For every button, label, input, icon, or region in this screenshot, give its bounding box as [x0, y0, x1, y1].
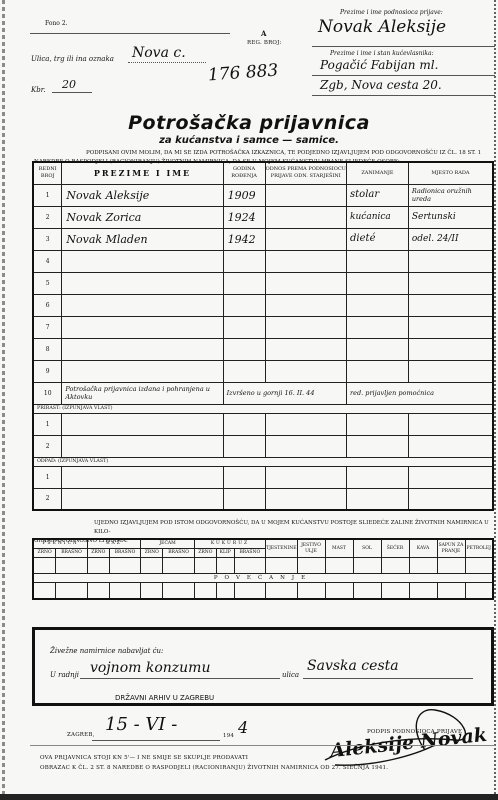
- stock-cell[interactable]: [297, 583, 325, 599]
- row-relation[interactable]: [265, 413, 347, 435]
- household-row: 7: [33, 316, 493, 338]
- stock-cell[interactable]: [141, 583, 163, 599]
- house-no-line: [52, 92, 92, 93]
- row-relation[interactable]: [265, 184, 347, 206]
- household-row: 2 Novak Zorica 1924 kućanica Sertunski: [33, 206, 493, 228]
- stock-cell[interactable]: [33, 558, 56, 574]
- row-workplace[interactable]: [408, 294, 493, 316]
- stock-cell[interactable]: [194, 583, 216, 599]
- row-relation[interactable]: [265, 360, 347, 382]
- row-name[interactable]: [62, 413, 223, 435]
- landlord-value-line2: Zgb, Nova cesta 20.: [320, 78, 442, 92]
- row-occupation[interactable]: [347, 413, 409, 435]
- year-value[interactable]: 4: [238, 718, 248, 737]
- date-value[interactable]: 15 - VI -: [105, 714, 177, 735]
- household-row: 4: [33, 250, 493, 272]
- row-occupation[interactable]: [347, 338, 409, 360]
- landlord-line-1: [312, 75, 495, 76]
- form-title: Potrošačka prijavnica: [0, 112, 498, 134]
- stock-cell[interactable]: [465, 558, 493, 574]
- row-workplace[interactable]: Radionica oružnih ureda: [408, 184, 493, 206]
- stock-cell[interactable]: [87, 558, 109, 574]
- odpad-label: Odpad: (izpunjava vlast): [33, 457, 493, 466]
- row-workplace[interactable]: [408, 466, 493, 488]
- document-page: Fono 2. A REG. BROJ: 176 883 Ulica, trg …: [0, 0, 498, 800]
- stock-increase-row: [33, 583, 493, 599]
- stock-group-kukuruz: Kukuruz: [194, 539, 265, 549]
- row-relation[interactable]: [265, 250, 347, 272]
- shop-line: [80, 678, 280, 679]
- row-workplace[interactable]: [408, 272, 493, 294]
- supply-street-label: ulica: [282, 671, 299, 679]
- row-occupation[interactable]: kućanica: [347, 206, 409, 228]
- intro-line-1: Podpisani ovim molim, da mi se izda potr…: [34, 149, 494, 158]
- stock-sub: Brašno: [56, 549, 88, 558]
- row-name[interactable]: [62, 360, 223, 382]
- row-no: 2: [33, 488, 62, 510]
- household-row: 6: [33, 294, 493, 316]
- prirast-section: Prirast: (izpunjava vlast): [33, 404, 493, 413]
- row-no: 8: [33, 338, 62, 360]
- odpad-row: 2: [33, 488, 493, 510]
- row-year[interactable]: 1909: [223, 184, 265, 206]
- stock-cell[interactable]: [56, 583, 88, 599]
- header-rule: [30, 33, 230, 34]
- stock-cell[interactable]: [437, 558, 465, 574]
- row-year[interactable]: [223, 250, 265, 272]
- col-header-year: Godina rođenja: [223, 162, 265, 184]
- price-note: Ova prijavnica stoji kn 5'— i ne smije s…: [40, 755, 248, 761]
- scan-edge-bottom: [0, 794, 498, 800]
- row-no: 7: [33, 316, 62, 338]
- household-table: Redni broj Prezime i ime Godina rođenja …: [32, 161, 494, 511]
- supply-box: Živežne namirnice nabavljat ću: U radnji…: [32, 627, 494, 706]
- row-year[interactable]: [223, 316, 265, 338]
- row-occupation[interactable]: [347, 272, 409, 294]
- household-row: 3 Novak Mladen 1942 dieté odel. 24/II: [33, 228, 493, 250]
- stock-cell[interactable]: [325, 558, 353, 574]
- row-year[interactable]: [223, 488, 265, 510]
- row-relation[interactable]: [265, 294, 347, 316]
- stock-cell[interactable]: [297, 558, 325, 574]
- landlord-label: Prezime i ime i stan kućevlasnika:: [330, 50, 434, 57]
- row-workplace[interactable]: [408, 435, 493, 457]
- row-name[interactable]: Novak Aleksije: [62, 184, 223, 206]
- row-relation[interactable]: [265, 338, 347, 360]
- stock-cell[interactable]: [325, 583, 353, 599]
- stock-cell[interactable]: [87, 583, 109, 599]
- supply-street-value[interactable]: Savska cesta: [307, 658, 399, 674]
- stock-cell[interactable]: [409, 558, 437, 574]
- row-year[interactable]: [223, 294, 265, 316]
- prirast-row: 2: [33, 435, 493, 457]
- prirast-row: 1: [33, 413, 493, 435]
- row-no: 6: [33, 294, 62, 316]
- reg-broj-label: REG. BROJ:: [247, 40, 281, 46]
- series-letter: A: [261, 29, 266, 38]
- row-year[interactable]: [223, 360, 265, 382]
- row-occupation[interactable]: [347, 488, 409, 510]
- row-no: 1: [33, 466, 62, 488]
- stock-cell[interactable]: [437, 583, 465, 599]
- place-label: Zagreb,: [67, 732, 95, 738]
- row-relation[interactable]: [265, 466, 347, 488]
- row-year[interactable]: 1924: [223, 206, 265, 228]
- stock-cell[interactable]: [266, 583, 297, 599]
- household-row: 9: [33, 360, 493, 382]
- row-name[interactable]: [62, 316, 223, 338]
- row-relation[interactable]: [265, 206, 347, 228]
- row-no: 4: [33, 250, 62, 272]
- stock-cell[interactable]: [216, 583, 234, 599]
- stock-col-ulje: Jestivo ulje: [297, 539, 325, 558]
- povecanje-band: Povećanje: [33, 574, 493, 583]
- col-header-no: Redni broj: [33, 162, 62, 184]
- stock-cell[interactable]: [353, 558, 381, 574]
- date-line: [92, 740, 220, 741]
- row-workplace[interactable]: [408, 360, 493, 382]
- col-header-relation: Odnos prema podnosiocu prijave odn. star…: [265, 162, 347, 184]
- stock-cell[interactable]: [381, 558, 409, 574]
- row-workplace[interactable]: odel. 24/II: [408, 228, 493, 250]
- supply-heading: Živežne namirnice nabavljat ću:: [50, 647, 163, 655]
- stock-cell[interactable]: [141, 558, 163, 574]
- stock-table: Pšenica Raž Ječam Kukuruz Tjestenine Jes…: [32, 538, 494, 600]
- stock-cell[interactable]: [465, 583, 493, 599]
- row-workplace[interactable]: [408, 488, 493, 510]
- row-name[interactable]: [62, 294, 223, 316]
- archive-stamp: Državni arhiv u Zagrebu: [115, 694, 214, 702]
- landlord-line-2: [312, 95, 495, 96]
- row-relation[interactable]: [265, 228, 347, 250]
- form-subtitle: za kućanstva i samce — samice.: [0, 135, 498, 146]
- stock-col-petrolej: Petrolej: [465, 539, 493, 558]
- stock-cell[interactable]: [216, 558, 234, 574]
- stock-cell[interactable]: [381, 583, 409, 599]
- row-workplace[interactable]: [408, 250, 493, 272]
- row-occupation[interactable]: [347, 250, 409, 272]
- form-note: Obrazac k čl. 2 st. 8 naredbe o raspodje…: [40, 765, 388, 771]
- row-year[interactable]: [223, 338, 265, 360]
- stock-col-sapun: Sapun za pranje: [437, 539, 465, 558]
- stock-cell[interactable]: [194, 558, 216, 574]
- household-row: 1 Novak Aleksije 1909 stolar Radionica o…: [33, 184, 493, 206]
- row-year[interactable]: 1942: [223, 228, 265, 250]
- stock-col-secer: Šećer: [381, 539, 409, 558]
- stock-cell[interactable]: [163, 558, 195, 574]
- row-workplace[interactable]: [408, 413, 493, 435]
- row-year[interactable]: [223, 435, 265, 457]
- stock-cell[interactable]: [56, 558, 88, 574]
- stock-group-raz: Raž: [87, 539, 141, 549]
- col-header-name: Prezime i ime: [62, 162, 223, 184]
- stock-cell[interactable]: [409, 583, 437, 599]
- row-year[interactable]: [223, 466, 265, 488]
- stock-group-psenica: Pšenica: [33, 539, 87, 549]
- row-relation[interactable]: [265, 488, 347, 510]
- stock-col-kava: Kava: [409, 539, 437, 558]
- row-workplace[interactable]: Sertunski: [408, 206, 493, 228]
- landlord-value-line1: Pogačić Fabijan ml.: [320, 58, 438, 72]
- stock-sub: Zrno: [33, 549, 56, 558]
- stock-col-mast: Mast: [325, 539, 353, 558]
- year-prefix: 194: [223, 733, 234, 739]
- row-no: 5: [33, 272, 62, 294]
- row10-note-c[interactable]: red. prijavljen pomoćnica: [347, 382, 493, 404]
- row-no: 1: [33, 184, 62, 206]
- stock-sub: Zrno: [141, 549, 163, 558]
- row-workplace[interactable]: [408, 338, 493, 360]
- row-year[interactable]: [223, 272, 265, 294]
- row-name[interactable]: Novak Mladen: [62, 228, 223, 250]
- stock-values-row: [33, 558, 493, 574]
- row-occupation[interactable]: [347, 316, 409, 338]
- stock-intro-line-1: Ujedno izjavljujem pod istom odgovornošć…: [34, 519, 494, 537]
- stock-sub: Klip: [216, 549, 234, 558]
- shop-label: U radnji: [50, 671, 79, 679]
- row-no: 3: [33, 228, 62, 250]
- stock-cell[interactable]: [353, 583, 381, 599]
- reg-broj-value: 176 883: [207, 61, 279, 86]
- stock-col-tjestenine: Tjestenine: [266, 539, 297, 558]
- row10-note-a[interactable]: Potrošačka prijavnica izdana i pohranjen…: [62, 382, 223, 404]
- stock-cell[interactable]: [234, 558, 266, 574]
- row-no: 10: [33, 382, 62, 404]
- row-no: 9: [33, 360, 62, 382]
- row-name[interactable]: [62, 338, 223, 360]
- corner-mark: Fono 2.: [45, 20, 68, 27]
- stock-group-jecam: Ječam: [141, 539, 195, 549]
- row-occupation[interactable]: dieté: [347, 228, 409, 250]
- odpad-row: 1: [33, 466, 493, 488]
- supply-street-line: [303, 678, 473, 679]
- row-occupation[interactable]: [347, 360, 409, 382]
- row-name[interactable]: [62, 250, 223, 272]
- povecanje-label: Povećanje: [33, 574, 493, 583]
- stock-sub: Brašno: [109, 549, 141, 558]
- household-row: 8: [33, 338, 493, 360]
- household-header-row: Redni broj Prezime i ime Godina rođenja …: [33, 162, 493, 184]
- stock-cell[interactable]: [33, 583, 56, 599]
- household-row-10: 10 Potrošačka prijavnica izdana i pohran…: [33, 382, 493, 404]
- row-workplace[interactable]: [408, 316, 493, 338]
- street-value: Nova c.: [132, 45, 186, 61]
- row-name[interactable]: [62, 272, 223, 294]
- row-name[interactable]: [62, 435, 223, 457]
- house-no-value: 20: [62, 78, 76, 91]
- row-occupation[interactable]: [347, 294, 409, 316]
- row-occupation[interactable]: [347, 466, 409, 488]
- household-row: 5: [33, 272, 493, 294]
- col-header-occupation: Zanimanje: [347, 162, 409, 184]
- applicant-label: Prezime i ime podnosioca prijave:: [340, 9, 443, 16]
- stock-cell[interactable]: [109, 558, 141, 574]
- stock-col-sol: Sol: [353, 539, 381, 558]
- stock-cell[interactable]: [109, 583, 141, 599]
- row-relation[interactable]: [265, 435, 347, 457]
- row-relation[interactable]: [265, 316, 347, 338]
- row-occupation[interactable]: [347, 435, 409, 457]
- odpad-section: Odpad: (izpunjava vlast): [33, 457, 493, 466]
- footer-rule: [30, 745, 495, 746]
- applicant-value: Novak Aleksije: [318, 17, 446, 37]
- row-no: 2: [33, 435, 62, 457]
- stock-cell[interactable]: [266, 558, 297, 574]
- shop-value[interactable]: vojnom konzumu: [90, 660, 210, 676]
- stock-sub: Zrno: [194, 549, 216, 558]
- row-no: 2: [33, 206, 62, 228]
- row10-note-b[interactable]: Izvršeno u gornji 16. II. 44: [223, 382, 346, 404]
- applicant-line: [312, 46, 495, 47]
- prirast-label: Prirast: (izpunjava vlast): [33, 404, 493, 413]
- stock-sub: Brašno: [234, 549, 266, 558]
- row-name[interactable]: Novak Zorica: [62, 206, 223, 228]
- row-name[interactable]: [62, 466, 223, 488]
- col-header-workplace: Mjesto rada: [408, 162, 493, 184]
- stock-cell[interactable]: [163, 583, 195, 599]
- row-no: 1: [33, 413, 62, 435]
- stock-sub: Zrno: [87, 549, 109, 558]
- street-line: [128, 62, 206, 63]
- stock-cell[interactable]: [234, 583, 266, 599]
- house-no-label: Kbr.: [31, 86, 46, 94]
- row-relation[interactable]: [265, 272, 347, 294]
- street-label: Ulica, trg ili ina oznaka: [31, 55, 114, 63]
- stock-header-row: Pšenica Raž Ječam Kukuruz Tjestenine Jes…: [33, 539, 493, 549]
- stock-sub: Brašno: [163, 549, 195, 558]
- row-occupation[interactable]: stolar: [347, 184, 409, 206]
- row-year[interactable]: [223, 413, 265, 435]
- row-name[interactable]: [62, 488, 223, 510]
